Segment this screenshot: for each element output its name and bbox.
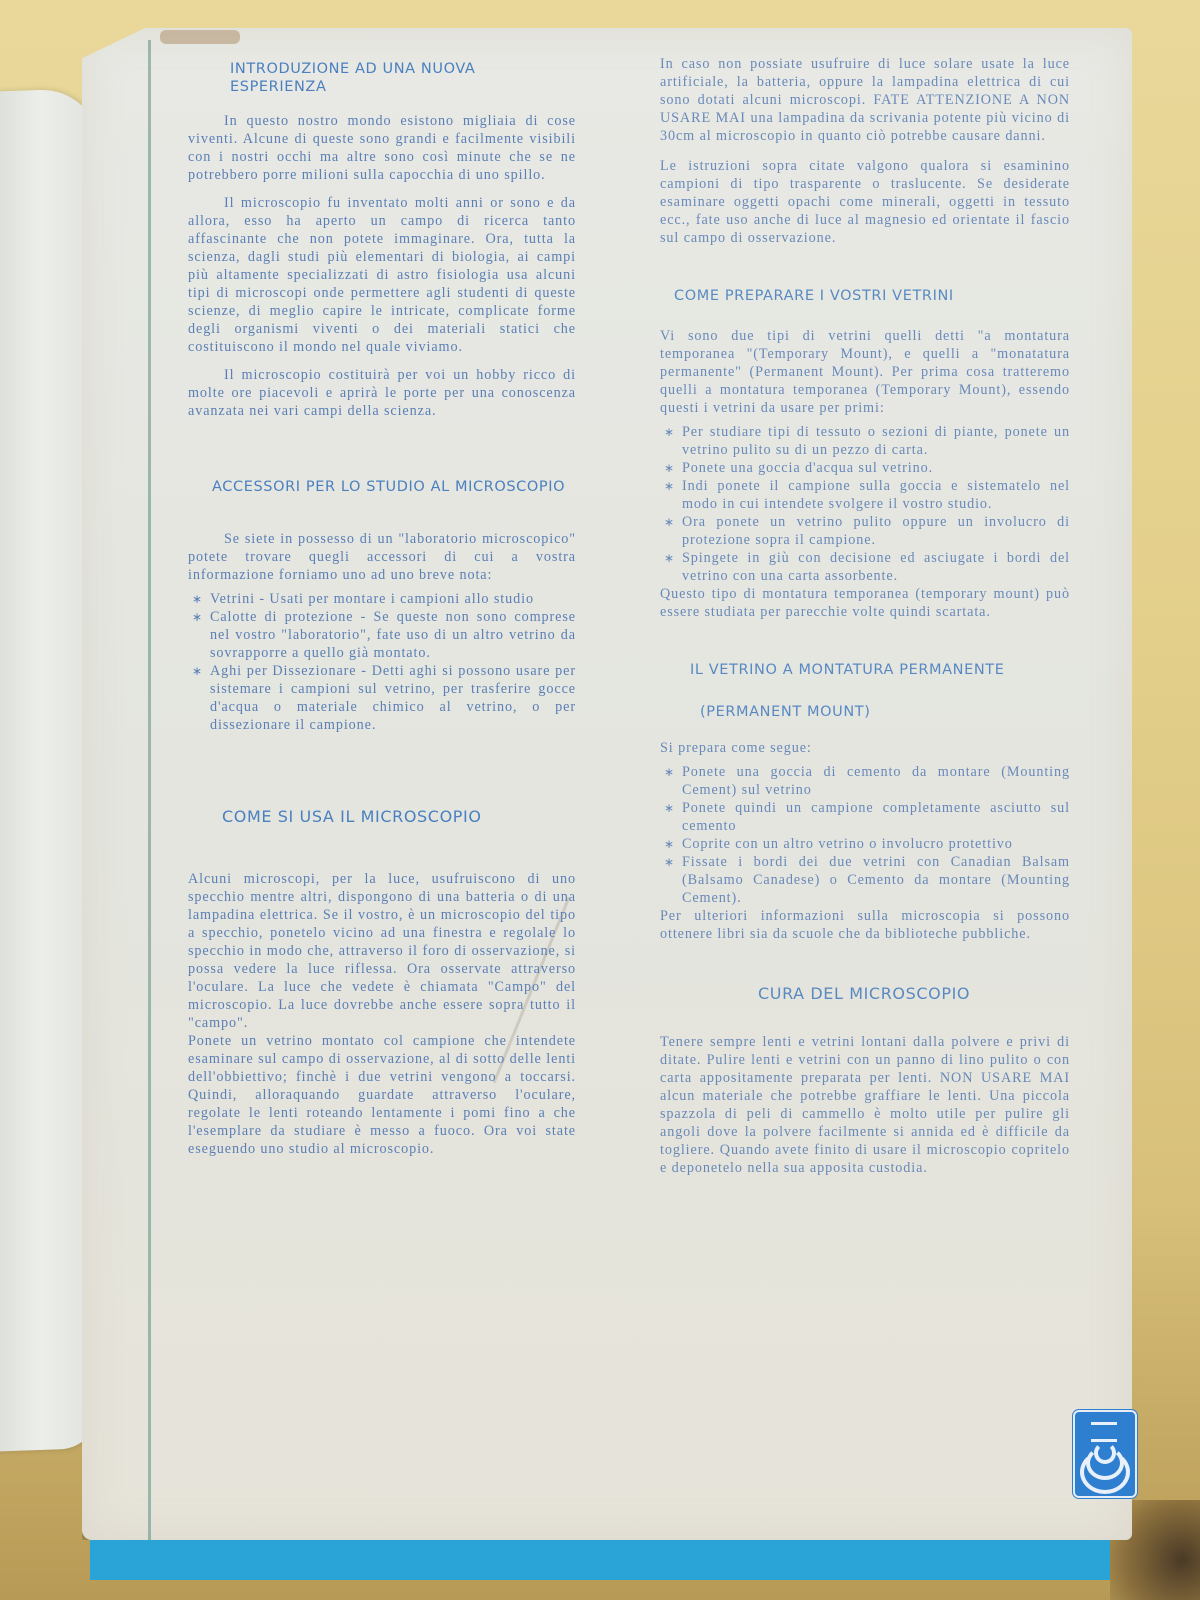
section-heading: IL VETRINO A MONTATURA PERMANENTE [690, 661, 1070, 679]
list-item: Ponete una goccia d'acqua sul vetrino. [660, 459, 1070, 477]
section-permanent: IL VETRINO A MONTATURA PERMANENTE (PERMA… [660, 661, 1070, 943]
list-item: Indi ponete il campione sulla goccia e s… [660, 477, 1070, 513]
temporary-mount-steps: Per studiare tipi di tessuto o sezioni d… [660, 423, 1070, 585]
section-heading: INTRODUZIONE AD UNA NUOVA ESPERIENZA [230, 60, 576, 96]
paragraph: Le istruzioni sopra citate valgono qualo… [660, 157, 1070, 247]
paragraph: Alcuni microscopi, per la luce, usufruis… [188, 870, 576, 1032]
list-item: Ponete una goccia di cemento da montare … [660, 763, 1070, 799]
brand-logo-icon [1073, 1410, 1137, 1498]
paragraph: In caso non possiate usufruire di luce s… [660, 55, 1070, 145]
list-item: Per studiare tipi di tessuto o sezioni d… [660, 423, 1070, 459]
list-item: Coprite con un altro vetrino o involucro… [660, 835, 1070, 853]
paragraph: Questo tipo di montatura temporanea (tem… [660, 585, 1070, 621]
list-item: Calotte di protezione - Se queste non so… [188, 608, 576, 662]
section-heading: CURA DEL MICROSCOPIO [758, 985, 1070, 1003]
paragraph: Tenere sempre lenti e vetrini lontani da… [660, 1033, 1070, 1177]
section-heading: COME SI USA IL MICROSCOPIO [222, 808, 576, 826]
section-light: In caso non possiate usufruire di luce s… [660, 55, 1070, 247]
paragraph: Vi sono due tipi di vetrini quelli detti… [660, 327, 1070, 417]
logo-bars [1091, 1422, 1117, 1442]
list-item: Vetrini - Usati per montare i campioni a… [188, 590, 576, 608]
accessories-list: Vetrini - Usati per montare i campioni a… [188, 590, 576, 734]
list-item: Ponete quindi un campione completamente … [660, 799, 1070, 835]
section-heading: COME PREPARARE I VOSTRI VETRINI [674, 287, 1070, 305]
list-item: Ora ponete un vetrino pulito oppure un i… [660, 513, 1070, 549]
right-column: In caso non possiate usufruire di luce s… [660, 55, 1070, 1177]
paragraph: Se siete in possesso di un "laboratorio … [188, 530, 576, 584]
section-subheading: (PERMANENT MOUNT) [700, 703, 1070, 721]
section-intro: INTRODUZIONE AD UNA NUOVA ESPERIENZA In … [188, 60, 576, 420]
list-item: Aghi per Dissezionare - Detti aghi si po… [188, 662, 576, 734]
section-accessories: ACCESSORI PER LO STUDIO AL MICROSCOPIO S… [188, 478, 576, 734]
spine-line [148, 40, 151, 1540]
permanent-mount-steps: Ponete una goccia di cemento da montare … [660, 763, 1070, 907]
list-item: Spingete in giù con decisione ed asciuga… [660, 549, 1070, 585]
paragraph: Il microscopio costituirà per voi un hob… [188, 366, 576, 420]
left-column: INTRODUZIONE AD UNA NUOVA ESPERIENZA In … [188, 60, 576, 1158]
list-item: Fissate i bordi dei due vetrini con Cana… [660, 853, 1070, 907]
section-care: CURA DEL MICROSCOPIO Tenere sempre lenti… [660, 985, 1070, 1177]
worn-corner [160, 30, 240, 44]
paragraph: Il microscopio fu inventato molti anni o… [188, 194, 576, 356]
section-slides: COME PREPARARE I VOSTRI VETRINI Vi sono … [660, 287, 1070, 621]
paragraph: In questo nostro mondo esistono migliaia… [188, 112, 576, 184]
section-usage: COME SI USA IL MICROSCOPIO Alcuni micros… [188, 808, 576, 1158]
section-heading: ACCESSORI PER LO STUDIO AL MICROSCOPIO [212, 478, 576, 496]
logo-ring [1080, 1450, 1130, 1494]
blue-box-edge [90, 1540, 1120, 1580]
paragraph: Ponete un vetrino montato col campione c… [188, 1032, 576, 1158]
paragraph: Per ulteriori informazioni sulla microsc… [660, 907, 1070, 943]
paragraph: Si prepara come segue: [660, 739, 1070, 757]
